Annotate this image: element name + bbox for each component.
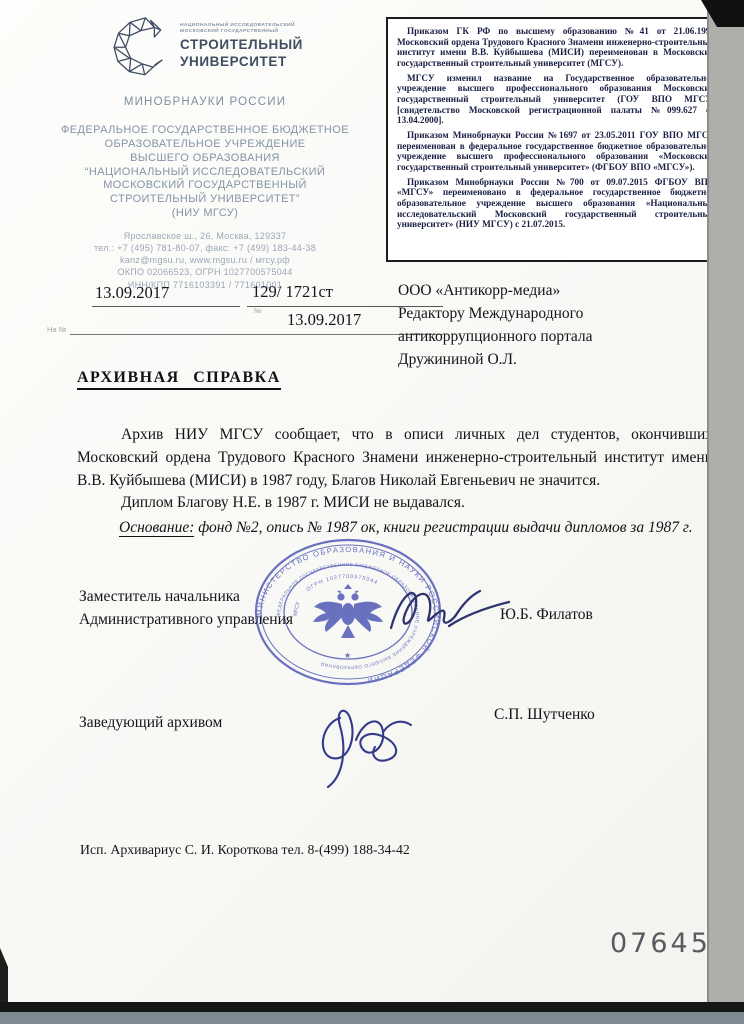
document-title: АРХИВНАЯ СПРАВКА xyxy=(77,369,281,390)
organization-name: ФЕДЕРАЛЬНОЕ ГОСУДАРСТВЕННОЕ БЮДЖЕТНОЕ ОБ… xyxy=(40,124,370,221)
number-sign-label: № xyxy=(254,308,262,315)
logo-subtitle-line2: МОСКОВСКИЙ ГОСУДАРСТВЕННЫЙ xyxy=(180,29,303,36)
org-line: ФЕДЕРАЛЬНОЕ ГОСУДАРСТВЕННОЕ БЮДЖЕТНОЕ xyxy=(40,124,370,138)
recipient-block: ООО «Антикорр-медиа» Редактору Междунаро… xyxy=(398,280,593,372)
body-paragraph-2: Диплом Благову Н.Е. в 1987 г. МИСИ не вы… xyxy=(77,492,713,515)
signatory1-position: Заместитель начальника Административного… xyxy=(79,585,293,632)
scan-edge-bottom xyxy=(0,1002,744,1012)
signatory1-position-line1: Заместитель начальника xyxy=(79,585,293,608)
scanned-document: НАЦИОНАЛЬНЫЙ ИССЛЕДОВАТЕЛЬСКИЙ МОСКОВСКИ… xyxy=(0,0,744,1024)
org-line: “НАЦИОНАЛЬНЫЙ ИССЛЕДОВАТЕЛЬСКИЙ xyxy=(40,166,370,180)
logo-title-line1: СТРОИТЕЛЬНЫЙ xyxy=(180,38,303,53)
stamp-ogrn-text: ОГРН 1027700575044 xyxy=(306,574,379,593)
signature-shutchenko xyxy=(312,692,434,790)
scan-edge-right xyxy=(707,0,744,1002)
org-line: МОСКОВСКИЙ ГОСУДАРСТВЕННЫЙ xyxy=(40,179,370,193)
signatory2-position: Заведующий архивом xyxy=(79,714,222,732)
org-line: СТРОИТЕЛЬНЫЙ УНИВЕРСИТЕТ” xyxy=(40,193,370,207)
outgoing-date: 13.09.2017 xyxy=(95,283,169,303)
history-paragraph: Приказом Минобрнауки России №700 от 09.0… xyxy=(397,177,715,230)
signature-filatov xyxy=(383,572,515,648)
renaming-history-box: Приказом ГК РФ по высшему образованию №4… xyxy=(386,17,726,262)
university-logo-icon xyxy=(107,14,171,78)
stamp-eagle-emblem xyxy=(313,584,383,638)
stamp-star: ★ xyxy=(344,651,351,660)
okpo-ogrn-line: ОКПО 02066523, ОГРН 1027700575044 xyxy=(40,266,370,278)
registration-stamp-number: 07645 xyxy=(610,928,711,959)
in-reply-to-date: 13.09.2017 xyxy=(287,310,361,330)
outgoing-number: 129/ 1721ст xyxy=(252,282,333,302)
history-paragraph: Приказом Минобрнауки России №1697 от 23.… xyxy=(397,130,715,173)
executor-line: Исп. Архивариус С. И. Короткова тел. 8-(… xyxy=(80,842,410,858)
address-line: Ярославское ш., 26, Москва, 129337 xyxy=(40,230,370,242)
svg-text:ОГРН 1027700575044: ОГРН 1027700575044 xyxy=(306,574,379,593)
signatory1-name: Ю.Б. Филатов xyxy=(500,606,593,624)
logo-title-line2: УНИВЕРСИТЕТ xyxy=(180,55,303,70)
ministry-name: МИНОБРНАУКИ РОССИИ xyxy=(40,96,370,108)
recipient-position-line1: Редактору Международного xyxy=(398,303,593,326)
letterhead: НАЦИОНАЛЬНЫЙ ИССЛЕДОВАТЕЛЬСКИЙ МОСКОВСКИ… xyxy=(40,14,370,291)
date-underline xyxy=(92,306,240,307)
org-line: ВЫСШЕГО ОБРАЗОВАНИЯ xyxy=(40,152,370,166)
email-site-line: kanz@mgsu.ru, www.mgsu.ru / мгсу.рф xyxy=(40,254,370,266)
in-reply-to-underline xyxy=(70,334,443,335)
logo-row: НАЦИОНАЛЬНЫЙ ИССЛЕДОВАТЕЛЬСКИЙ МОСКОВСКИ… xyxy=(40,14,370,78)
signatory2-name: С.П. Шутченко xyxy=(494,706,595,724)
body-text: Архив НИУ МГСУ сообщает, что в описи лич… xyxy=(77,424,713,515)
basis-label: Основание: xyxy=(119,519,194,537)
history-paragraph: Приказом ГК РФ по высшему образованию №4… xyxy=(397,26,715,69)
basis-text: фонд №2, опись № 1987 ок, книги регистра… xyxy=(194,519,692,536)
recipient-company: ООО «Антикорр-медиа» xyxy=(398,280,593,303)
in-reply-to-label: На № xyxy=(47,325,67,334)
signatory1-position-line2: Административного управления xyxy=(79,608,293,631)
history-paragraph: МГСУ изменил название на Государственное… xyxy=(397,73,715,126)
recipient-position-line2: антикоррупционного портала xyxy=(398,326,593,349)
org-line: (НИУ МГСУ) xyxy=(40,207,370,221)
recipient-name: Дружининой О.Л. xyxy=(398,349,593,372)
phone-fax-line: тел.: +7 (495) 781-80-07, факс: +7 (499)… xyxy=(40,242,370,254)
body-paragraph-1: Архив НИУ МГСУ сообщает, что в описи лич… xyxy=(77,424,713,492)
document-page: НАЦИОНАЛЬНЫЙ ИССЛЕДОВАТЕЛЬСКИЙ МОСКОВСКИ… xyxy=(0,0,708,1002)
org-line: ОБРАЗОВАТЕЛЬНОЕ УЧРЕЖДЕНИЕ xyxy=(40,138,370,152)
logo-text: НАЦИОНАЛЬНЫЙ ИССЛЕДОВАТЕЛЬСКИЙ МОСКОВСКИ… xyxy=(180,23,303,69)
stamp-abbr-text: МГСУ xyxy=(293,601,302,617)
